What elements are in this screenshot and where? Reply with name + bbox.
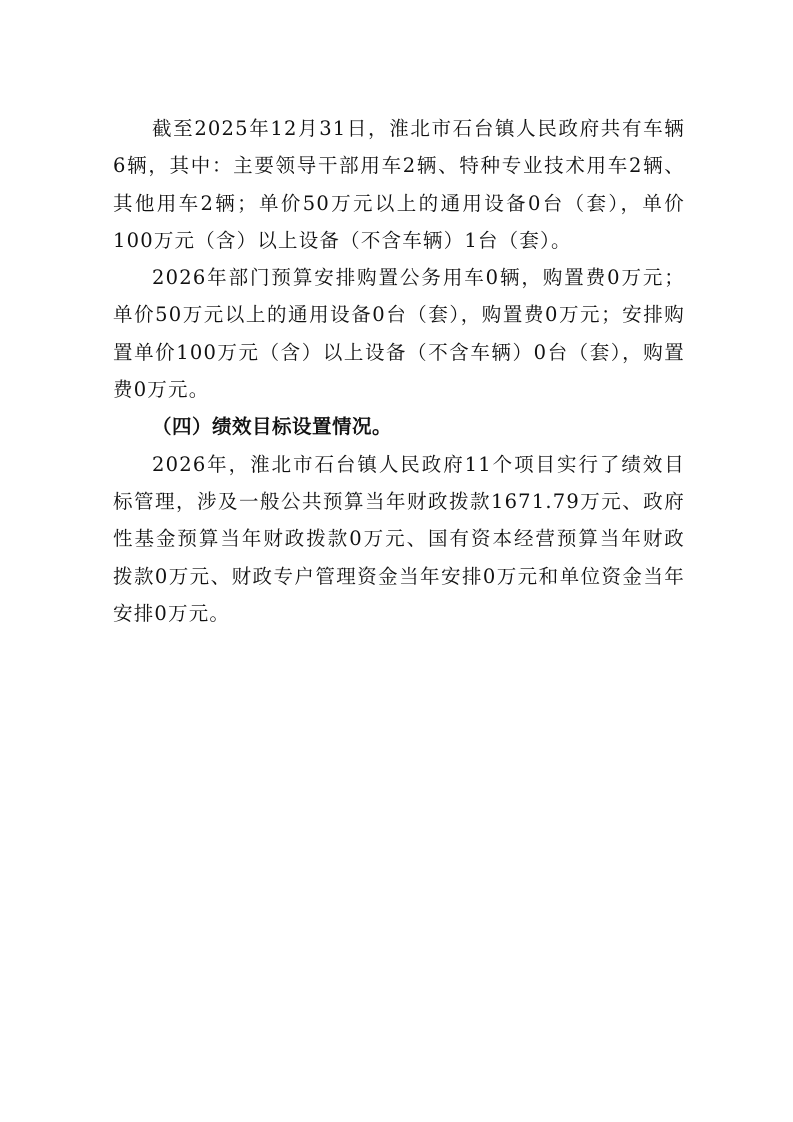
paragraph-purchase-budget: 2026年部门预算安排购置公务用车0辆，购置费0万元；单价50万元以上的通用设备… [113,259,685,408]
paragraph-vehicles-assets: 截至2025年12月31日，淮北市石台镇人民政府共有车辆6辆，其中：主要领导干部… [113,110,685,259]
section-heading-performance-goals: （四）绩效目标设置情况。 [113,408,685,445]
document-page: 截至2025年12月31日，淮北市石台镇人民政府共有车辆6辆，其中：主要领导干部… [113,110,685,632]
paragraph-performance-goals: 2026年，淮北市石台镇人民政府11个项目实行了绩效目标管理，涉及一般公共预算当… [113,446,685,632]
